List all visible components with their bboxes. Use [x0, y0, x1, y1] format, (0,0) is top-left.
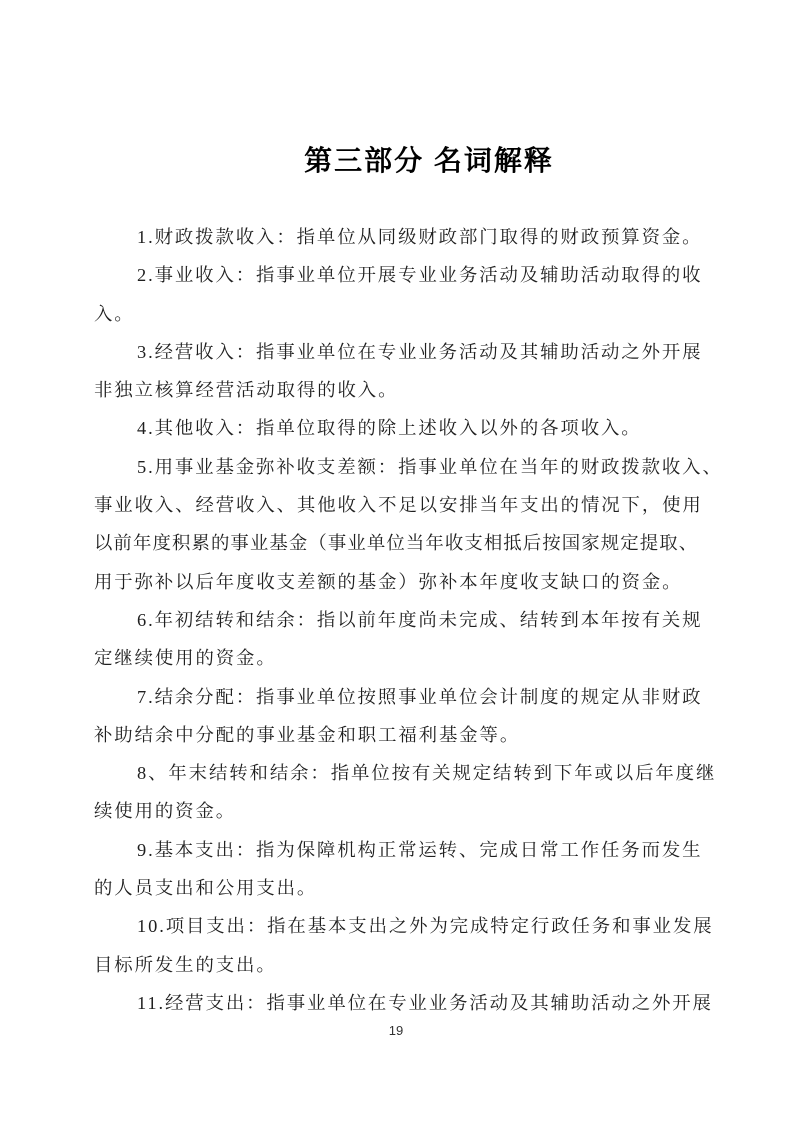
body-line: 的人员支出和公用支出。 — [94, 869, 754, 907]
body-line: 10.项目支出：指在基本支出之外为完成特定行政任务和事业发展 — [94, 907, 754, 945]
body-line: 5.用事业基金弥补收支差额：指事业单位在当年的财政拨款收入、 — [94, 448, 754, 486]
body-line: 目标所发生的支出。 — [94, 946, 754, 984]
body-line: 7.结余分配：指事业单位按照事业单位会计制度的规定从非财政 — [94, 678, 754, 716]
body-line: 3.经营收入：指事业单位在专业业务活动及其辅助活动之外开展 — [94, 333, 754, 371]
document-page: 第三部分 名词解释 1.财政拨款收入：指单位从同级财政部门取得的财政预算资金。 … — [0, 0, 792, 1122]
body-line: 9.基本支出：指为保障机构正常运转、完成日常工作任务而发生 — [94, 831, 754, 869]
body-line: 非独立核算经营活动取得的收入。 — [94, 371, 754, 409]
body-line: 4.其他收入：指单位取得的除上述收入以外的各项收入。 — [94, 409, 754, 447]
body-line: 8、年末结转和结余：指单位按有关规定结转到下年或以后年度继 — [94, 754, 754, 792]
body-line: 定继续使用的资金。 — [94, 639, 754, 677]
body-line: 用于弥补以后年度收支差额的基金）弥补本年度收支缺口的资金。 — [94, 563, 754, 601]
body-line: 续使用的资金。 — [94, 792, 754, 830]
body-line: 事业收入、经营收入、其他收入不足以安排当年支出的情况下，使用 — [94, 486, 754, 524]
definitions-body: 1.财政拨款收入：指单位从同级财政部门取得的财政预算资金。 2.事业收入：指事业… — [94, 218, 754, 1022]
body-line: 以前年度积累的事业基金（事业单位当年收支相抵后按国家规定提取、 — [94, 524, 754, 562]
body-line: 11.经营支出：指事业单位在专业业务活动及其辅助活动之外开展 — [94, 984, 754, 1022]
page-number: 19 — [0, 1022, 792, 1040]
body-line: 6.年初结转和结余：指以前年度尚未完成、结转到本年按有关规 — [94, 601, 754, 639]
body-line: 补助结余中分配的事业基金和职工福利基金等。 — [94, 716, 754, 754]
body-line: 2.事业收入：指事业单位开展专业业务活动及辅助活动取得的收 — [94, 256, 754, 294]
body-line: 入。 — [94, 295, 754, 333]
section-title: 第三部分 名词解释 — [0, 139, 792, 179]
body-line: 1.财政拨款收入：指单位从同级财政部门取得的财政预算资金。 — [94, 218, 754, 256]
